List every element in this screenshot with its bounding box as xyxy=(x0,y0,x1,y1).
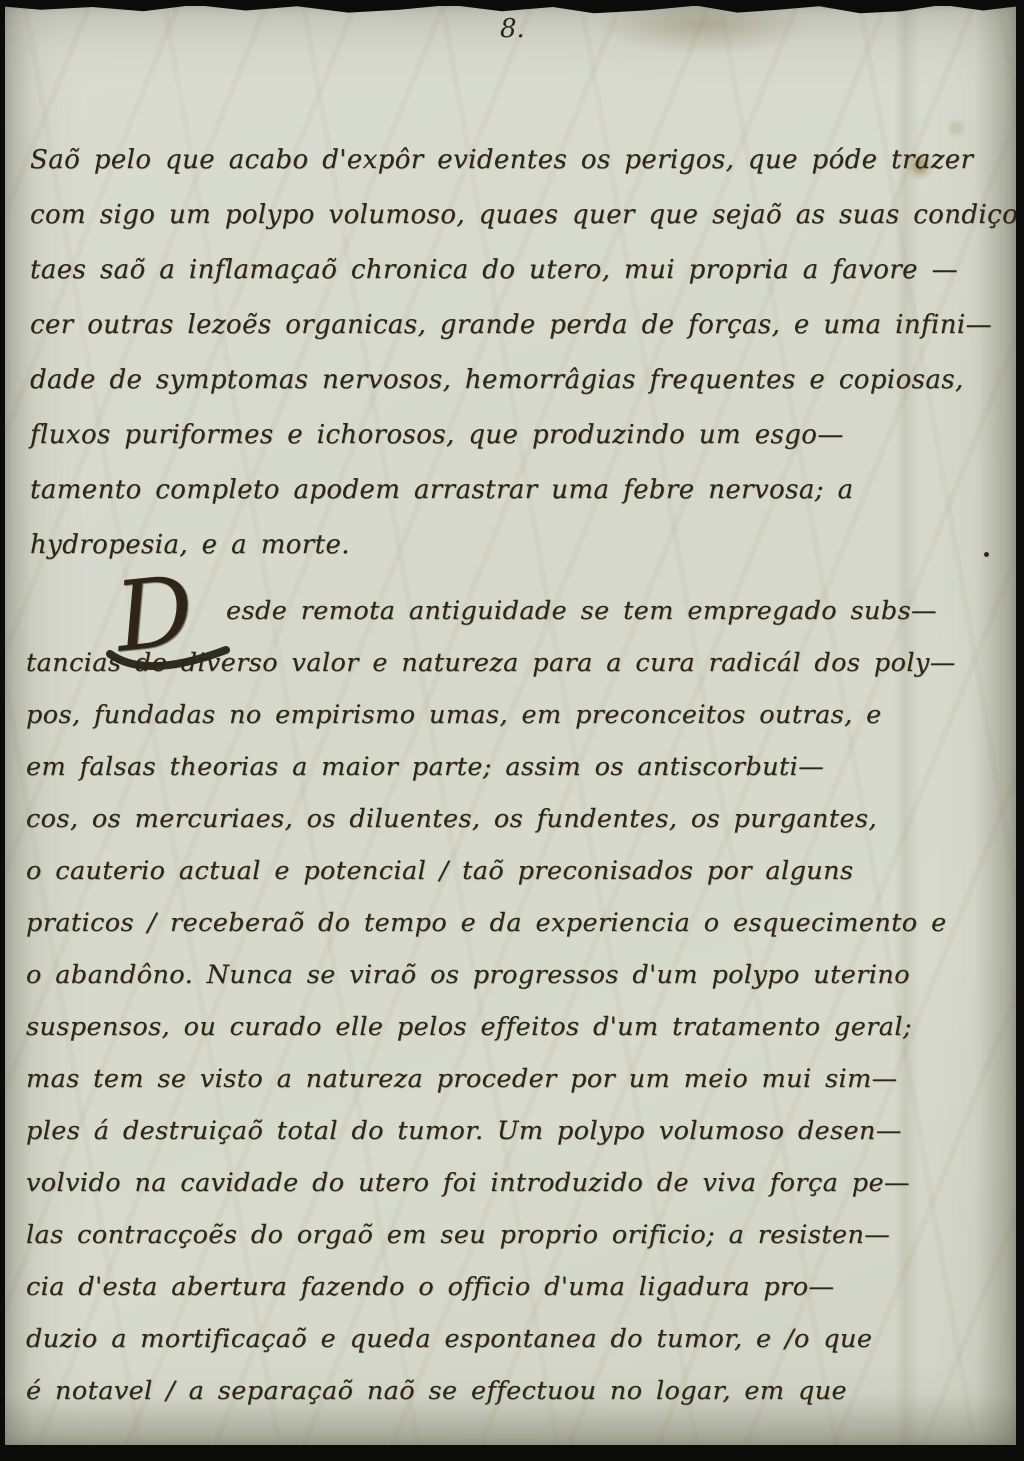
scan-edge-left xyxy=(0,0,5,1461)
page-number: 8. xyxy=(500,14,525,44)
manuscript-line: cos, os mercuriaes, os diluentes, os fun… xyxy=(26,793,992,845)
manuscript-line: cer outras lezoẽs organicas, grande perd… xyxy=(30,297,988,352)
manuscript-line: esde remota antiguidade se tem empregado… xyxy=(26,585,992,637)
manuscript-line: é notavel / a separaçaõ naõ se effectuou… xyxy=(26,1365,992,1417)
manuscript-line: suspensos, ou curado elle pelos effeitos… xyxy=(26,1001,992,1053)
manuscript-line: fluxos puriformes e ichorosos, que produ… xyxy=(30,407,988,462)
manuscript-line: cia d'esta abertura fazendo o officio d'… xyxy=(26,1261,992,1313)
manuscript-line: duzio a mortificaçaõ e queda espontanea … xyxy=(26,1313,992,1365)
manuscript-line: Saõ pelo que acabo d'expôr evidentes os … xyxy=(30,132,988,187)
scanned-manuscript-page: 8. Saõ pelo que acabo d'expôr evidentes … xyxy=(0,0,1024,1461)
scan-edge-right xyxy=(1016,0,1024,1461)
manuscript-line: o abandôno. Nunca se viraõ os progressos… xyxy=(26,949,992,1001)
manuscript-line: o cauterio actual e potencial / taõ prec… xyxy=(26,845,992,897)
manuscript-line: volvido na cavidade do utero foi introdu… xyxy=(26,1157,992,1209)
stray-ink-dot xyxy=(984,552,989,557)
manuscript-line: las contracçoẽs do orgaõ em seu proprio … xyxy=(26,1209,992,1261)
manuscript-line: ples á destruiçaõ total do tumor. Um pol… xyxy=(26,1105,992,1157)
paragraph-1: Saõ pelo que acabo d'expôr evidentes os … xyxy=(30,132,988,572)
manuscript-line: praticos / receberaõ do tempo e da exper… xyxy=(26,897,992,949)
manuscript-line: dade de symptomas nervosos, hemorrâgias … xyxy=(30,352,988,407)
manuscript-line: taes saõ a inflamaçaõ chronica do utero,… xyxy=(30,242,988,297)
manuscript-line: em falsas theorias a maior parte; assim … xyxy=(26,741,992,793)
scan-edge-bottom xyxy=(0,1443,1024,1461)
manuscript-line: mas tem se visto a natureza proceder por… xyxy=(26,1053,992,1105)
manuscript-line: pos, fundadas no empirismo umas, em prec… xyxy=(26,689,992,741)
manuscript-line: tancias de diverso valor e natureza para… xyxy=(26,637,992,689)
manuscript-line: tamento completo apodem arrastrar uma fe… xyxy=(30,462,988,517)
paragraph-2: esde remota antiguidade se tem empregado… xyxy=(26,585,992,1417)
manuscript-line: com sigo um polypo volumoso, quaes quer … xyxy=(30,187,988,242)
